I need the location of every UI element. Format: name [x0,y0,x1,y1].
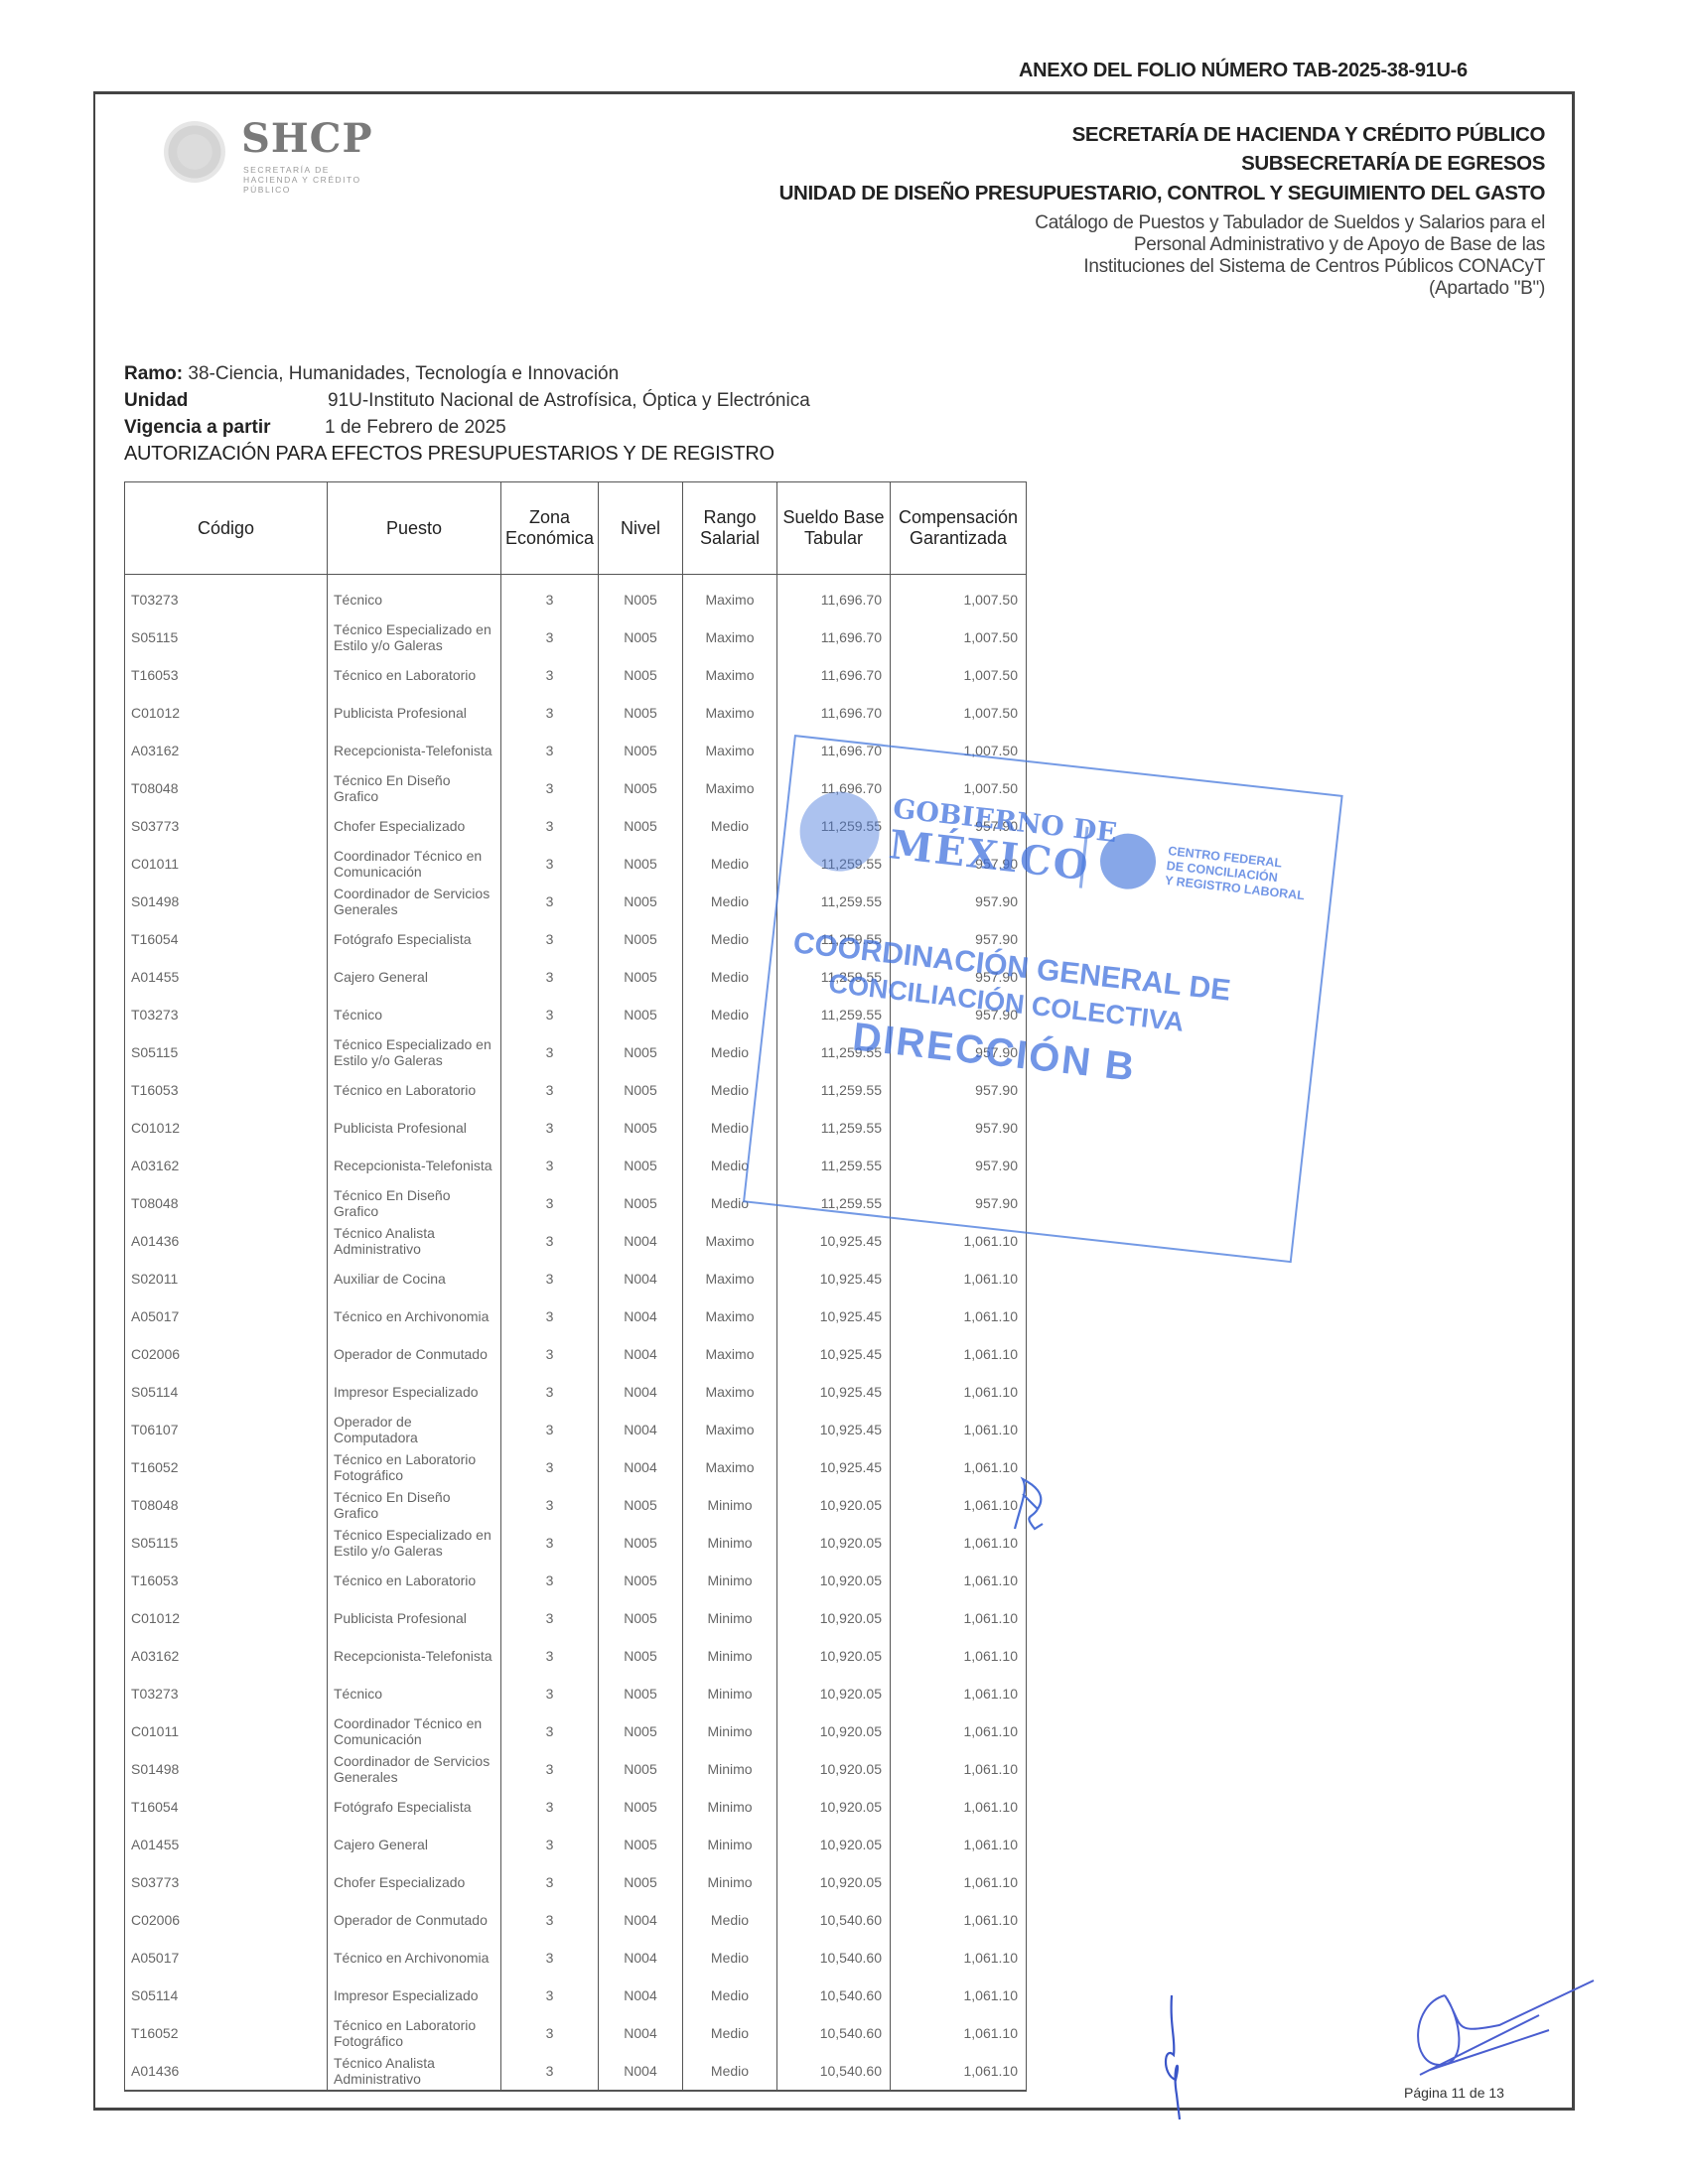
cell-zona-economica: 3 [501,845,599,883]
cell-codigo: S05114 [125,1373,328,1411]
column-header-nivel: Nivel [599,482,683,575]
cell-zona-economica: 3 [501,958,599,996]
cell-compensacion-garantizada: 1,061.10 [891,1524,1027,1562]
table-row: T08048Técnico En Diseño Grafico3N005Medi… [125,1184,1027,1222]
cell-codigo: T16052 [125,2014,328,2052]
cell-nivel: N005 [599,694,683,732]
cell-rango-salarial: Medio [683,1109,777,1147]
column-header-zona-economica: Zona Económica [501,482,599,575]
cell-puesto: Impresor Especializado [328,1373,501,1411]
cell-compensacion-garantizada: 1,061.10 [891,1675,1027,1712]
cell-nivel: N005 [599,1486,683,1524]
cell-puesto: Chofer Especializado [328,807,501,845]
cell-codigo: T08048 [125,1486,328,1524]
cell-nivel: N005 [599,618,683,656]
table-row: A05017Técnico en Archivonomia3N004Maximo… [125,1297,1027,1335]
cell-compensacion-garantizada: 1,061.10 [891,1901,1027,1939]
cell-nivel: N005 [599,1524,683,1562]
cell-rango-salarial: Medio [683,883,777,920]
cell-nivel: N004 [599,1222,683,1260]
cell-zona-economica: 3 [501,769,599,807]
logo-subtitle: SECRETARÍA DE HACIENDA Y CRÉDITO PÚBLICO [243,165,382,195]
cell-compensacion-garantizada: 1,061.10 [891,1599,1027,1637]
table-row: T16054Fotógrafo Especialista3N005Minimo1… [125,1788,1027,1826]
cell-nivel: N005 [599,958,683,996]
cell-nivel: N005 [599,920,683,958]
cell-nivel: N005 [599,1109,683,1147]
cell-sueldo-base-tabular: 10,920.05 [777,1863,891,1901]
cell-puesto: Recepcionista-Telefonista [328,732,501,769]
cell-codigo: A01455 [125,958,328,996]
cell-rango-salarial: Medio [683,1184,777,1222]
cell-sueldo-base-tabular: 10,920.05 [777,1826,891,1863]
table-header-row: CódigoPuestoZona EconómicaNivelRango Sal… [125,482,1027,575]
cell-nivel: N005 [599,1184,683,1222]
cell-puesto: Operador de Computadora [328,1411,501,1448]
cell-compensacion-garantizada: 1,061.10 [891,1373,1027,1411]
cell-puesto: Técnico Especializado en Estilo y/o Gale… [328,618,501,656]
cell-sueldo-base-tabular: 11,259.55 [777,1147,891,1184]
cell-nivel: N005 [599,1826,683,1863]
cell-puesto: Recepcionista-Telefonista [328,1637,501,1675]
cell-codigo: C02006 [125,1901,328,1939]
cell-puesto: Técnico En Diseño Grafico [328,769,501,807]
cell-compensacion-garantizada: 1,061.10 [891,2052,1027,2091]
salary-table: CódigoPuestoZona EconómicaNivelRango Sal… [124,481,1026,2092]
cell-zona-economica: 3 [501,1373,599,1411]
cell-sueldo-base-tabular: 10,540.60 [777,1977,891,2014]
table-row: A01455Cajero General3N005Medio11,259.559… [125,958,1027,996]
cell-zona-economica: 3 [501,1260,599,1297]
cell-codigo: T03273 [125,996,328,1033]
cell-compensacion-garantizada: 1,061.10 [891,1335,1027,1373]
catalog-line-3: Instituciones del Sistema de Centros Púb… [1083,256,1545,278]
table-row: C01012Publicista Profesional3N005Medio11… [125,1109,1027,1147]
cell-nivel: N004 [599,1977,683,2014]
cell-nivel: N005 [599,1599,683,1637]
table-row: T03273Técnico3N005Minimo10,920.051,061.1… [125,1675,1027,1712]
column-header-rango-salarial: Rango Salarial [683,482,777,575]
cell-zona-economica: 3 [501,1599,599,1637]
cell-sueldo-base-tabular: 11,259.55 [777,883,891,920]
cell-rango-salarial: Medio [683,1071,777,1109]
cell-sueldo-base-tabular: 11,259.55 [777,958,891,996]
cell-codigo: C01012 [125,694,328,732]
table-row: C02006Operador de Conmutado3N004Medio10,… [125,1901,1027,1939]
cell-zona-economica: 3 [501,1863,599,1901]
table-row: S05115Técnico Especializado en Estilo y/… [125,1524,1027,1562]
table-row: T16052Técnico en Laboratorio Fotográfico… [125,2014,1027,2052]
cell-zona-economica: 3 [501,1675,599,1712]
cell-codigo: T06107 [125,1411,328,1448]
cell-puesto: Técnico En Diseño Grafico [328,1184,501,1222]
cell-compensacion-garantizada: 1,061.10 [891,1411,1027,1448]
cell-compensacion-garantizada: 957.90 [891,1184,1027,1222]
header-line-3: UNIDAD DE DISEÑO PRESUPUESTARIO, CONTROL… [779,182,1545,205]
cell-compensacion-garantizada: 1,061.10 [891,1448,1027,1486]
cell-zona-economica: 3 [501,996,599,1033]
cell-puesto: Técnico en Laboratorio Fotográfico [328,2014,501,2052]
cell-nivel: N005 [599,1562,683,1599]
cell-compensacion-garantizada: 1,061.10 [891,1977,1027,2014]
cell-puesto: Operador de Conmutado [328,1901,501,1939]
cell-zona-economica: 3 [501,1826,599,1863]
cell-codigo: S01498 [125,883,328,920]
cell-codigo: T08048 [125,1184,328,1222]
cell-zona-economica: 3 [501,1712,599,1750]
cell-compensacion-garantizada: 957.90 [891,807,1027,845]
cell-nivel: N004 [599,1297,683,1335]
cell-zona-economica: 3 [501,1939,599,1977]
catalog-line-1: Catálogo de Puestos y Tabulador de Sueld… [1035,212,1545,234]
cell-zona-economica: 3 [501,1335,599,1373]
cell-sueldo-base-tabular: 10,920.05 [777,1750,891,1788]
cell-puesto: Coordinador de Servicios Generales [328,883,501,920]
cell-puesto: Publicista Profesional [328,1109,501,1147]
cell-zona-economica: 3 [501,732,599,769]
table-row: S05114Impresor Especializado3N004Medio10… [125,1977,1027,2014]
cell-sueldo-base-tabular: 10,925.45 [777,1448,891,1486]
table-row: S03773Chofer Especializado3N005Minimo10,… [125,1863,1027,1901]
cell-nivel: N005 [599,1863,683,1901]
cell-codigo: T16052 [125,1448,328,1486]
unidad-label-text: Unidad [124,390,188,411]
national-seal-icon [164,121,225,183]
cell-rango-salarial: Medio [683,807,777,845]
cell-puesto: Técnico en Laboratorio [328,656,501,694]
autorizacion-title: AUTORIZACIÓN PARA EFECTOS PRESUPUESTARIO… [124,443,774,466]
cell-codigo: A01455 [125,1826,328,1863]
cell-nivel: N005 [599,1637,683,1675]
header-line-2: SUBSECRETARÍA DE EGRESOS [1241,152,1545,176]
cell-sueldo-base-tabular: 11,696.70 [777,575,891,619]
cell-codigo: S01498 [125,1750,328,1788]
cell-codigo: C01012 [125,1109,328,1147]
cell-rango-salarial: Maximo [683,1297,777,1335]
table-row: S05114Impresor Especializado3N004Maximo1… [125,1373,1027,1411]
cell-rango-salarial: Maximo [683,732,777,769]
cell-puesto: Técnico [328,1675,501,1712]
cell-nivel: N004 [599,2014,683,2052]
cell-zona-economica: 3 [501,1222,599,1260]
column-header-puesto: Puesto [328,482,501,575]
cell-nivel: N005 [599,1071,683,1109]
cell-rango-salarial: Maximo [683,575,777,619]
cell-nivel: N004 [599,1901,683,1939]
cell-zona-economica: 3 [501,2052,599,2091]
table-row: T03273Técnico3N005Medio11,259.55957.90 [125,996,1027,1033]
table-row: S03773Chofer Especializado3N005Medio11,2… [125,807,1027,845]
cell-sueldo-base-tabular: 10,925.45 [777,1260,891,1297]
cell-rango-salarial: Maximo [683,1222,777,1260]
cell-nivel: N005 [599,1033,683,1071]
cell-codigo: T03273 [125,1675,328,1712]
cell-sueldo-base-tabular: 11,259.55 [777,1033,891,1071]
cell-rango-salarial: Medio [683,2014,777,2052]
cell-rango-salarial: Maximo [683,694,777,732]
table-row: C01011Coordinador Técnico en Comunicació… [125,845,1027,883]
cell-zona-economica: 3 [501,920,599,958]
cell-codigo: C02006 [125,1335,328,1373]
cell-puesto: Técnico Analista Administrativo [328,2052,501,2091]
cell-puesto: Técnico [328,575,501,619]
cell-sueldo-base-tabular: 11,696.70 [777,618,891,656]
unidad-value: 91U-Instituto Nacional de Astrofísica, Ó… [328,390,810,412]
column-header-codigo: Código [125,482,328,575]
cell-codigo: S05115 [125,618,328,656]
cell-compensacion-garantizada: 1,061.10 [891,1297,1027,1335]
cell-nivel: N005 [599,1147,683,1184]
cell-sueldo-base-tabular: 10,920.05 [777,1675,891,1712]
cell-puesto: Fotógrafo Especialista [328,920,501,958]
column-header-compensacion-garantizada: Compensación Garantizada [891,482,1027,575]
cell-nivel: N004 [599,1939,683,1977]
table-row: A03162Recepcionista-Telefonista3N005Medi… [125,1147,1027,1184]
table-row: T16054Fotógrafo Especialista3N005Medio11… [125,920,1027,958]
cell-zona-economica: 3 [501,1184,599,1222]
cell-nivel: N005 [599,883,683,920]
cell-sueldo-base-tabular: 11,696.70 [777,656,891,694]
cell-sueldo-base-tabular: 10,540.60 [777,2052,891,2091]
cell-puesto: Técnico en Laboratorio [328,1562,501,1599]
cell-nivel: N004 [599,1335,683,1373]
cell-zona-economica: 3 [501,1071,599,1109]
cell-zona-economica: 3 [501,883,599,920]
table-row: T06107Operador de Computadora3N004Maximo… [125,1411,1027,1448]
cell-rango-salarial: Medio [683,996,777,1033]
cell-codigo: A01436 [125,1222,328,1260]
cell-rango-salarial: Medio [683,958,777,996]
cell-sueldo-base-tabular: 11,696.70 [777,694,891,732]
cell-codigo: S03773 [125,1863,328,1901]
logo-acronym: SHCP [241,115,373,162]
cell-puesto: Chofer Especializado [328,1863,501,1901]
cell-sueldo-base-tabular: 10,925.45 [777,1297,891,1335]
cell-puesto: Coordinador de Servicios Generales [328,1750,501,1788]
cell-puesto: Técnico Especializado en Estilo y/o Gale… [328,1033,501,1071]
cell-zona-economica: 3 [501,575,599,619]
cell-sueldo-base-tabular: 10,920.05 [777,1712,891,1750]
cell-sueldo-base-tabular: 11,259.55 [777,996,891,1033]
cell-zona-economica: 3 [501,1788,599,1826]
cell-rango-salarial: Minimo [683,1599,777,1637]
page-number: Página 11 de 13 [1404,2085,1504,2101]
header-line-1: SECRETARÍA DE HACIENDA Y CRÉDITO PÚBLICO [1072,123,1545,147]
table-row: A03162Recepcionista-Telefonista3N005Mini… [125,1637,1027,1675]
cell-zona-economica: 3 [501,618,599,656]
vigencia-label-text: Vigencia a partir [124,417,271,438]
cell-rango-salarial: Minimo [683,1788,777,1826]
cell-rango-salarial: Medio [683,920,777,958]
table-row: T16053Técnico en Laboratorio3N005Minimo1… [125,1562,1027,1599]
cell-rango-salarial: Maximo [683,1373,777,1411]
cell-compensacion-garantizada: 1,061.10 [891,1260,1027,1297]
cell-compensacion-garantizada: 1,061.10 [891,1826,1027,1863]
cell-compensacion-garantizada: 957.90 [891,1071,1027,1109]
cell-sueldo-base-tabular: 11,259.55 [777,1184,891,1222]
cell-zona-economica: 3 [501,1411,599,1448]
cell-compensacion-garantizada: 1,061.10 [891,1863,1027,1901]
table-row: S01498Coordinador de Servicios Generales… [125,883,1027,920]
cell-codigo: T16053 [125,1071,328,1109]
cell-codigo: S05115 [125,1033,328,1071]
cell-codigo: T16053 [125,656,328,694]
cell-nivel: N005 [599,845,683,883]
cell-compensacion-garantizada: 1,061.10 [891,1637,1027,1675]
cell-compensacion-garantizada: 1,061.10 [891,1712,1027,1750]
cell-zona-economica: 3 [501,2014,599,2052]
cell-sueldo-base-tabular: 11,259.55 [777,807,891,845]
cell-nivel: N005 [599,1750,683,1788]
cell-rango-salarial: Minimo [683,1826,777,1863]
cell-rango-salarial: Medio [683,1977,777,2014]
cell-compensacion-garantizada: 1,007.50 [891,575,1027,619]
cell-compensacion-garantizada: 1,007.50 [891,656,1027,694]
cell-sueldo-base-tabular: 10,920.05 [777,1486,891,1524]
cell-nivel: N004 [599,1411,683,1448]
cell-puesto: Publicista Profesional [328,694,501,732]
cell-puesto: Operador de Conmutado [328,1335,501,1373]
ramo-label: Ramo: [124,363,183,384]
cell-codigo: A03162 [125,1147,328,1184]
cell-puesto: Cajero General [328,1826,501,1863]
cell-compensacion-garantizada: 1,061.10 [891,1486,1027,1524]
cell-nivel: N005 [599,1788,683,1826]
cell-compensacion-garantizada: 957.90 [891,996,1027,1033]
cell-nivel: N004 [599,1448,683,1486]
ramo-value: 38-Ciencia, Humanidades, Tecnología e In… [188,363,619,384]
cell-compensacion-garantizada: 1,061.10 [891,1750,1027,1788]
cell-codigo: T16053 [125,1562,328,1599]
cell-zona-economica: 3 [501,1109,599,1147]
cell-puesto: Técnico en Laboratorio [328,1071,501,1109]
cell-codigo: A05017 [125,1939,328,1977]
cell-codigo: C01011 [125,1712,328,1750]
cell-nivel: N004 [599,1373,683,1411]
cell-compensacion-garantizada: 1,061.10 [891,2014,1027,2052]
cell-rango-salarial: Maximo [683,1260,777,1297]
cell-sueldo-base-tabular: 11,259.55 [777,1109,891,1147]
cell-codigo: A01436 [125,2052,328,2091]
table-row: C02006Operador de Conmutado3N004Maximo10… [125,1335,1027,1373]
cell-sueldo-base-tabular: 10,925.45 [777,1335,891,1373]
cell-sueldo-base-tabular: 10,925.45 [777,1411,891,1448]
cell-zona-economica: 3 [501,1033,599,1071]
cell-rango-salarial: Medio [683,845,777,883]
catalog-line-2: Personal Administrativo y de Apoyo de Ba… [1134,234,1545,256]
cell-codigo: S02011 [125,1260,328,1297]
cell-rango-salarial: Medio [683,1033,777,1071]
cell-sueldo-base-tabular: 10,920.05 [777,1637,891,1675]
cell-nivel: N004 [599,2052,683,2091]
cell-zona-economica: 3 [501,1562,599,1599]
cell-puesto: Cajero General [328,958,501,996]
cell-puesto: Técnico En Diseño Grafico [328,1486,501,1524]
table-row: T08048Técnico En Diseño Grafico3N005Maxi… [125,769,1027,807]
cell-puesto: Técnico en Archivonomia [328,1939,501,1977]
cell-nivel: N005 [599,1712,683,1750]
table-row: A01436Técnico Analista Administrativo3N0… [125,1222,1027,1260]
cell-puesto: Técnico en Laboratorio Fotográfico [328,1448,501,1486]
cell-compensacion-garantizada: 1,061.10 [891,1562,1027,1599]
cell-sueldo-base-tabular: 10,920.05 [777,1788,891,1826]
cell-zona-economica: 3 [501,807,599,845]
cell-rango-salarial: Minimo [683,1675,777,1712]
table-row: T16053Técnico en Laboratorio3N005Maximo1… [125,656,1027,694]
cell-sueldo-base-tabular: 10,540.60 [777,1901,891,1939]
table-row: C01012Publicista Profesional3N005Maximo1… [125,694,1027,732]
cell-rango-salarial: Medio [683,1147,777,1184]
cell-puesto: Fotógrafo Especialista [328,1788,501,1826]
cell-codigo: C01012 [125,1599,328,1637]
cell-nivel: N005 [599,575,683,619]
cell-puesto: Recepcionista-Telefonista [328,1147,501,1184]
cell-compensacion-garantizada: 957.90 [891,845,1027,883]
cell-compensacion-garantizada: 957.90 [891,920,1027,958]
cell-puesto: Impresor Especializado [328,1977,501,2014]
cell-rango-salarial: Maximo [683,656,777,694]
cell-sueldo-base-tabular: 11,259.55 [777,1071,891,1109]
cell-codigo: S05114 [125,1977,328,2014]
cell-zona-economica: 3 [501,1486,599,1524]
cell-compensacion-garantizada: 957.90 [891,1033,1027,1071]
vigencia-label: Vigencia a partir [124,417,271,439]
cell-compensacion-garantizada: 1,061.10 [891,1939,1027,1977]
cell-rango-salarial: Maximo [683,618,777,656]
cell-puesto: Coordinador Técnico en Comunicación [328,1712,501,1750]
cell-nivel: N005 [599,656,683,694]
cell-sueldo-base-tabular: 11,259.55 [777,920,891,958]
cell-zona-economica: 3 [501,694,599,732]
cell-rango-salarial: Maximo [683,769,777,807]
cell-zona-economica: 3 [501,1524,599,1562]
table-row: C01012Publicista Profesional3N005Minimo1… [125,1599,1027,1637]
table-row: S02011Auxiliar de Cocina3N004Maximo10,92… [125,1260,1027,1297]
cell-rango-salarial: Minimo [683,1486,777,1524]
cell-nivel: N005 [599,732,683,769]
cell-compensacion-garantizada: 1,007.50 [891,694,1027,732]
cell-codigo: C01011 [125,845,328,883]
table-row: T08048Técnico En Diseño Grafico3N005Mini… [125,1486,1027,1524]
cell-sueldo-base-tabular: 11,259.55 [777,845,891,883]
cell-sueldo-base-tabular: 10,925.45 [777,1373,891,1411]
cell-rango-salarial: Maximo [683,1335,777,1373]
cell-zona-economica: 3 [501,1750,599,1788]
unidad-label: Unidad [124,390,188,412]
cell-sueldo-base-tabular: 10,920.05 [777,1524,891,1562]
table-row: A05017Técnico en Archivonomia3N004Medio1… [125,1939,1027,1977]
cell-compensacion-garantizada: 1,007.50 [891,618,1027,656]
ramo-line: Ramo: 38-Ciencia, Humanidades, Tecnologí… [124,363,619,385]
cell-codigo: A05017 [125,1297,328,1335]
cell-rango-salarial: Minimo [683,1712,777,1750]
cell-rango-salarial: Maximo [683,1448,777,1486]
cell-compensacion-garantizada: 1,061.10 [891,1222,1027,1260]
cell-sueldo-base-tabular: 11,696.70 [777,732,891,769]
shcp-logo: SHCP SECRETARÍA DE HACIENDA Y CRÉDITO PÚ… [164,117,422,187]
cell-sueldo-base-tabular: 11,696.70 [777,769,891,807]
cell-nivel: N005 [599,1675,683,1712]
cell-zona-economica: 3 [501,1147,599,1184]
cell-codigo: S03773 [125,807,328,845]
cell-rango-salarial: Maximo [683,1411,777,1448]
catalog-line-4: (Apartado "B") [1429,278,1545,300]
cell-sueldo-base-tabular: 10,920.05 [777,1562,891,1599]
cell-compensacion-garantizada: 1,061.10 [891,1788,1027,1826]
cell-zona-economica: 3 [501,1901,599,1939]
cell-puesto: Técnico en Archivonomia [328,1297,501,1335]
cell-puesto: Publicista Profesional [328,1599,501,1637]
